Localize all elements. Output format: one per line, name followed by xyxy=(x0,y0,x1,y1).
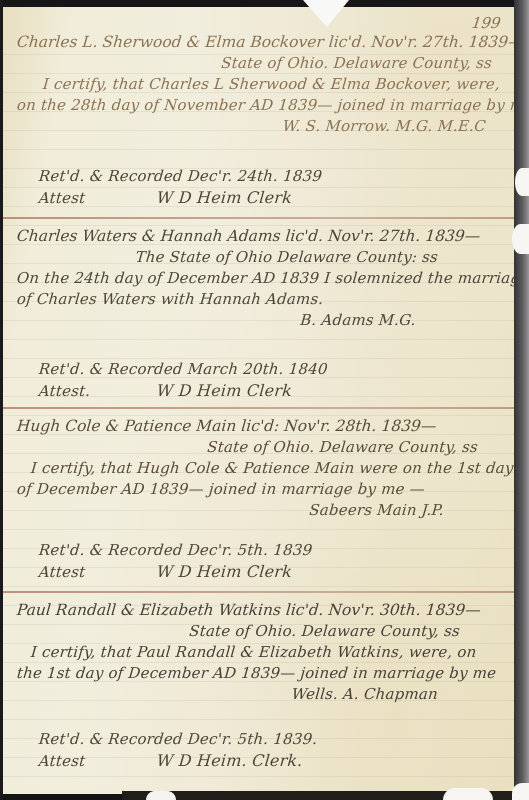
recorded-line: Ret'd. & Recorded Dec'r. 5th. 1839 xyxy=(38,540,523,561)
jurisdiction-line: State of Ohio. Delaware County, ss xyxy=(16,437,501,458)
jurisdiction-line: The State of Ohio Delaware County: ss xyxy=(16,247,501,268)
record-footer: Ret'd. & Recorded Dec'r. 5th. 1839 Attes… xyxy=(16,540,521,583)
attest-label: Attest xyxy=(38,751,136,772)
recorded-line: Ret'd. & Recorded Dec'r. 24th. 1839 xyxy=(38,166,523,187)
officiant-signature: Sabeers Main J.P. xyxy=(16,500,501,521)
marriage-record-entry: Charles L. Sherwood & Elma Bockover lic'… xyxy=(16,32,499,137)
jurisdiction-line: State of Ohio. Delaware County, ss xyxy=(16,53,501,74)
clerk-signature: W D Heim Clerk xyxy=(134,380,293,401)
attest-label: Attest. xyxy=(38,381,136,402)
certification-line-1: I certify, that Hugh Cole & Patience Mai… xyxy=(16,458,501,479)
scan-edge-top xyxy=(0,0,529,7)
certification-line-2: on the 28th day of November AD 1839— joi… xyxy=(16,95,501,116)
officiant-signature: W. S. Morrow. M.G. M.E.C xyxy=(16,116,501,137)
jurisdiction-line: State of Ohio. Delaware County, ss xyxy=(16,621,501,642)
scan-edge-right xyxy=(514,0,529,800)
certification-line-2: of December AD 1839— joined in marriage … xyxy=(16,479,501,500)
clerk-signature: W D Heim. Clerk. xyxy=(134,750,304,771)
torn-chip-right xyxy=(515,168,529,196)
entry-separator-rule xyxy=(2,591,514,593)
record-header: Hugh Cole & Patience Main lic'd: Nov'r. … xyxy=(16,416,501,437)
page-number: 199 xyxy=(471,14,502,32)
record-footer: Ret'd. & Recorded Dec'r. 24th. 1839 Atte… xyxy=(16,166,521,209)
certification-line-1: On the 24th day of December AD 1839 I so… xyxy=(16,268,501,289)
torn-chip-bottom xyxy=(146,791,176,800)
recorded-line: Ret'd. & Recorded Dec'r. 5th. 1839. xyxy=(38,729,523,750)
certification-line-2: the 1st day of December AD 1839— joined … xyxy=(16,663,501,684)
torn-chip-bottom xyxy=(443,788,493,800)
torn-chip-bottom xyxy=(512,783,529,800)
entry-separator-rule xyxy=(2,407,514,409)
marriage-record-entry: Paul Randall & Elizabeth Watkins lic'd. … xyxy=(16,600,499,705)
clerk-signature: W D Heim Clerk xyxy=(134,561,293,582)
record-footer: Ret'd. & Recorded Dec'r. 5th. 1839. Atte… xyxy=(16,729,521,772)
record-header: Charles L. Sherwood & Elma Bockover lic'… xyxy=(16,32,501,53)
scanned-ledger-page: 199 Charles L. Sherwood & Elma Bockover … xyxy=(0,0,529,800)
entry-separator-rule xyxy=(2,217,514,219)
officiant-signature: B. Adams M.G. xyxy=(16,310,501,331)
attest-label: Attest xyxy=(38,562,136,583)
clerk-signature: W D Heim Clerk xyxy=(134,187,293,208)
scan-edge-left xyxy=(0,0,3,800)
record-footer: Ret'd. & Recorded March 20th. 1840 Attes… xyxy=(16,359,521,402)
certification-line-1: I certify, that Paul Randall & Elizabeth… xyxy=(16,642,501,663)
attest-label: Attest xyxy=(38,188,136,209)
torn-chip-right xyxy=(512,224,529,254)
certification-line-2: of Charles Waters with Hannah Adams. xyxy=(16,289,501,310)
record-header: Charles Waters & Hannah Adams lic'd. Nov… xyxy=(16,226,501,247)
recorded-line: Ret'd. & Recorded March 20th. 1840 xyxy=(38,359,523,380)
marriage-record-entry: Hugh Cole & Patience Main lic'd: Nov'r. … xyxy=(16,416,499,521)
officiant-signature: Wells. A. Chapman xyxy=(16,684,501,705)
certification-line-1: I certify, that Charles L Sherwood & Elm… xyxy=(16,74,501,95)
record-header: Paul Randall & Elizabeth Watkins lic'd. … xyxy=(16,600,501,621)
marriage-record-entry: Charles Waters & Hannah Adams lic'd. Nov… xyxy=(16,226,499,331)
